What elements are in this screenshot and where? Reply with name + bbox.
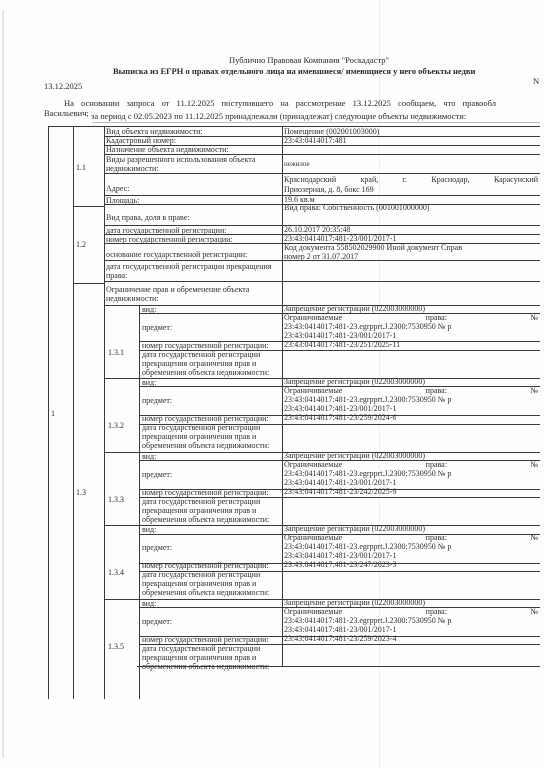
label-kind: вид: <box>142 305 156 314</box>
value-permitted-use: нежилое <box>284 160 310 169</box>
label-encumbrance-line-2: недвижимости: <box>106 294 158 303</box>
value-registration-date: 26.10.2017 20:35:48 <box>284 225 350 234</box>
label-termination-line-3: обременения объекта недвижимости: <box>142 515 269 524</box>
label-registration-number: номер государственной регистрации: <box>142 561 269 570</box>
label-termination-line-1: дата государственной регистрации <box>142 423 260 432</box>
label-termination-line-2: прекращения ограничения прав и <box>142 506 256 515</box>
value-subject-line-1: Ограничиваемые права: № <box>284 607 538 616</box>
label-subject: предмет: <box>142 543 172 552</box>
row-line <box>104 195 540 196</box>
label-termination-line-1: дата государственной регистрации <box>142 644 260 653</box>
value-object-type: Помещение (002001003000) <box>284 127 379 136</box>
label-termination-line-3: обременения объекта недвижимости: <box>142 662 269 671</box>
section-number-1-3: 1.3 <box>76 488 86 497</box>
section-number-1-1: 1.1 <box>76 163 86 172</box>
value-subject-line-2: 23:43:0414017:481-23.egrpprt.J.2300:7530… <box>284 616 451 625</box>
value-subject-line-2: 23:43:0414017:481-23.egrpprt.J.2300:7530… <box>284 542 451 551</box>
value-subject-line-1: Ограничиваемые права: № <box>284 313 538 322</box>
label-right-type: Вид права, доля в праве: <box>106 213 190 222</box>
label-subject: предмет: <box>142 617 172 626</box>
label-termination-line-2: прекращения ограничения прав и <box>142 359 256 368</box>
value-kind: Запрещение регистрации (022003000000) <box>284 377 425 386</box>
value-registration-number: 23:43:0414017:481-23/259/2024-6 <box>284 413 396 422</box>
value-registration-basis-line-2: номер 2 от 31.07.2017 <box>284 252 358 261</box>
label-termination-line-3: обременения объекта недвижимости: <box>142 441 269 450</box>
label-registration-number: номер государственной регистрации: <box>142 341 269 350</box>
label-kind: вид: <box>142 378 156 387</box>
label-registration-basis: основание государственной регистрации: <box>106 250 247 259</box>
value-kind: Запрещение регистрации (022003000000) <box>284 304 425 313</box>
label-termination-line-3: обременения объекта недвижимости: <box>142 368 269 377</box>
label-termination-line-2: прекращения ограничения прав и <box>142 432 256 441</box>
value-registration-number: 23:43:0414017:481-23/242/2025-9 <box>284 487 396 496</box>
value-subject-line-3: 23:43:0414017:481-23/001/2017-1 <box>284 551 396 560</box>
col-divider <box>282 126 283 666</box>
label-purpose: Назначение объекта недвижимости: <box>106 145 229 154</box>
value-registration-number: 23:43:0414017:481-23/259/2023-4 <box>284 634 396 643</box>
value-kind: Запрещение регистрации (022003000000) <box>284 451 425 460</box>
value-registration-number: 23:43:0414017:481-23/247/2023-3 <box>284 560 396 569</box>
col-divider <box>139 305 140 699</box>
row-line <box>104 281 540 282</box>
label-area: Площадь: <box>106 196 139 205</box>
table-border <box>92 122 540 123</box>
label-registration-number: номер государственной регистрации: <box>142 414 269 423</box>
section-number-1-2: 1.2 <box>76 240 86 249</box>
row-line <box>104 173 540 174</box>
label-termination-line-1: дата государственной регистрации <box>142 570 260 579</box>
value-address-line-2: Приозерная, д. 8, бокс 169 <box>284 185 374 194</box>
label-object-type: Вид объекта недвижимости: <box>106 127 203 136</box>
value-subject-line-3: 23:43:0414017:481-23/001/2017-1 <box>284 478 396 487</box>
value-cadastral-number: 23:43:0414017:481 <box>284 136 347 145</box>
label-termination-line-3: обременения объекта недвижимости: <box>142 588 269 597</box>
label-registration-number: номер государственной регистрации: <box>142 635 269 644</box>
col-divider <box>48 126 49 699</box>
label-termination-date-line-2: права: <box>106 271 127 280</box>
value-address-line-1: Краснодарский край, г. Краснодар, Карасу… <box>284 175 538 184</box>
label-termination-line-1: дата государственной регистрации <box>142 350 260 359</box>
label-subject: предмет: <box>142 396 172 405</box>
label-cadastral-number: Кадастровый номер: <box>106 136 176 145</box>
value-kind: Запрещение регистрации (022003000000) <box>284 524 425 533</box>
label-encumbrance-line-1: Ограничение прав и обременение объекта <box>106 285 249 294</box>
label-kind: вид: <box>142 452 156 461</box>
value-kind: Запрещение регистрации (022003000000) <box>284 598 425 607</box>
label-permitted-use: Виды разрешенного использования объекта … <box>106 155 276 173</box>
value-subject-line-3: 23:43:0414017:481-23/001/2017-1 <box>284 625 396 634</box>
value-registration-number: 23:43:0414017:481-23/001/2017-1 <box>284 234 396 243</box>
label-termination-date-line-1: дата государственной регистрации прекращ… <box>106 262 271 271</box>
label-kind: вид: <box>142 599 156 608</box>
encumbrance-number: 1.3.3 <box>108 495 124 504</box>
col-divider <box>73 126 74 699</box>
value-subject-line-2: 23:43:0414017:481-23.egrpprt.J.2300:7530… <box>284 395 451 404</box>
encumbrance-number: 1.3.1 <box>108 348 124 357</box>
value-registration-basis-line-1: Код документа 558502029900 Иной документ… <box>284 243 538 252</box>
label-registration-number: номер государственной регистрации: <box>142 488 269 497</box>
value-subject-line-3: 23:43:0414017:481-23/001/2017-1 <box>284 404 396 413</box>
encumbrance-number: 1.3.2 <box>108 421 124 430</box>
value-subject-line-3: 23:43:0414017:481-23/001/2017-1 <box>284 331 396 340</box>
row-line <box>73 206 104 207</box>
label-registration-date: дата государственной регистрации: <box>106 226 226 235</box>
value-subject-line-2: 23:43:0414017:481-23.egrpprt.J.2300:7530… <box>284 469 451 478</box>
label-subject: предмет: <box>142 470 172 479</box>
label-termination-line-1: дата государственной регистрации <box>142 497 260 506</box>
label-termination-line-2: прекращения ограничения прав и <box>142 579 256 588</box>
value-registration-number: 23:43:0414017:481-23/251/2025-11 <box>284 340 400 349</box>
label-registration-number: номер государственной регистрации: <box>106 235 233 244</box>
encumbrance-number: 1.3.4 <box>108 568 124 577</box>
label-address: Адрес: <box>106 184 129 193</box>
value-subject-line-1: Ограничиваемые права: № <box>284 386 538 395</box>
rights-table <box>0 0 544 768</box>
col-divider <box>104 126 105 699</box>
label-termination-line-2: прекращения ограничения прав и <box>142 653 256 662</box>
row-number: 1 <box>51 409 55 418</box>
row-line <box>73 283 104 284</box>
value-right-type: Вид права: Собственность (001001000000) <box>284 203 429 212</box>
label-kind: вид: <box>142 525 156 534</box>
value-subject-line-1: Ограничиваемые права: № <box>284 533 538 542</box>
label-subject: предмет: <box>142 323 172 332</box>
value-subject-line-2: 23:43:0414017:481-23.egrpprt.J.2300:7530… <box>284 322 451 331</box>
encumbrance-number: 1.3.5 <box>108 642 124 651</box>
value-subject-line-1: Ограничиваемые права: № <box>284 460 538 469</box>
